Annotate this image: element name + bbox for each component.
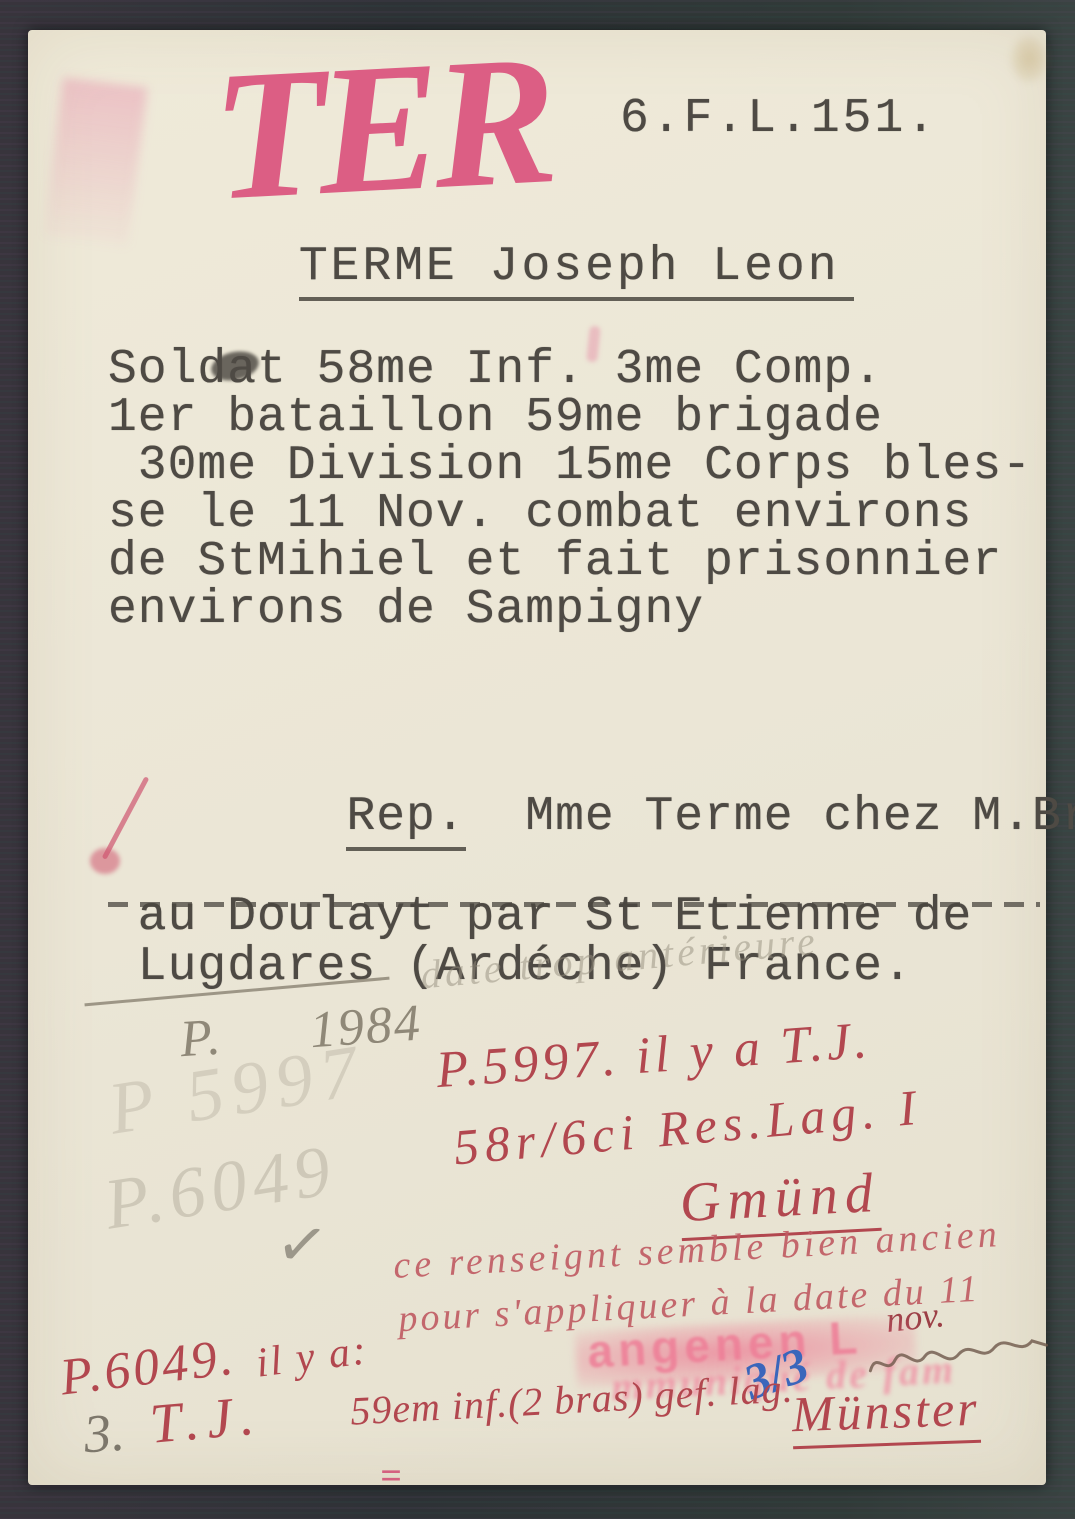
scanned-document-background: TER 6.F.L.151. TERME Joseph Leon Soldat … xyxy=(0,0,1075,1519)
corner-stain xyxy=(1011,36,1047,82)
body-line: se le 11 Nov. combat environs xyxy=(108,490,1032,538)
service-details: Soldat 58me Inf. 3me Comp. 1er bataillon… xyxy=(108,346,1032,634)
red-ilya: il y a: xyxy=(253,1326,370,1387)
pencil-three: 3. xyxy=(82,1401,127,1466)
rep-label: Rep. xyxy=(346,790,465,851)
red-tj: T.J. xyxy=(147,1383,264,1457)
red-unit-line2: 59em inf.(2 bras) gef. lag. xyxy=(349,1364,794,1434)
body-line: environs de Sampigny xyxy=(108,586,1032,634)
body-line: 1er bataillon 59me brigade xyxy=(108,394,1032,442)
red-camp-munster: Münster xyxy=(791,1379,981,1450)
body-line: 30me Division 15me Corps bles- xyxy=(108,442,1032,490)
rep-line2: au Doulayt par St Etienne de xyxy=(108,892,1075,942)
reference-number: 6.F.L.151. xyxy=(620,92,938,146)
prisoner-name: TERME Joseph Leon xyxy=(108,186,854,348)
rep-line1: Mme Terme chez M.Brossan, xyxy=(466,790,1075,844)
red-equals-mark: = xyxy=(380,1454,402,1498)
body-line: de StMihiel et fait prisonnier xyxy=(108,538,1032,586)
dashed-separator xyxy=(108,902,1040,907)
pow-record-card: TER 6.F.L.151. TERME Joseph Leon Soldat … xyxy=(28,30,1046,1485)
pencil-checkmark-icon: ✓ xyxy=(271,1205,333,1286)
body-line: Soldat 58me Inf. 3me Comp. xyxy=(108,346,1032,394)
prisoner-name-text: TERME Joseph Leon xyxy=(299,240,854,301)
